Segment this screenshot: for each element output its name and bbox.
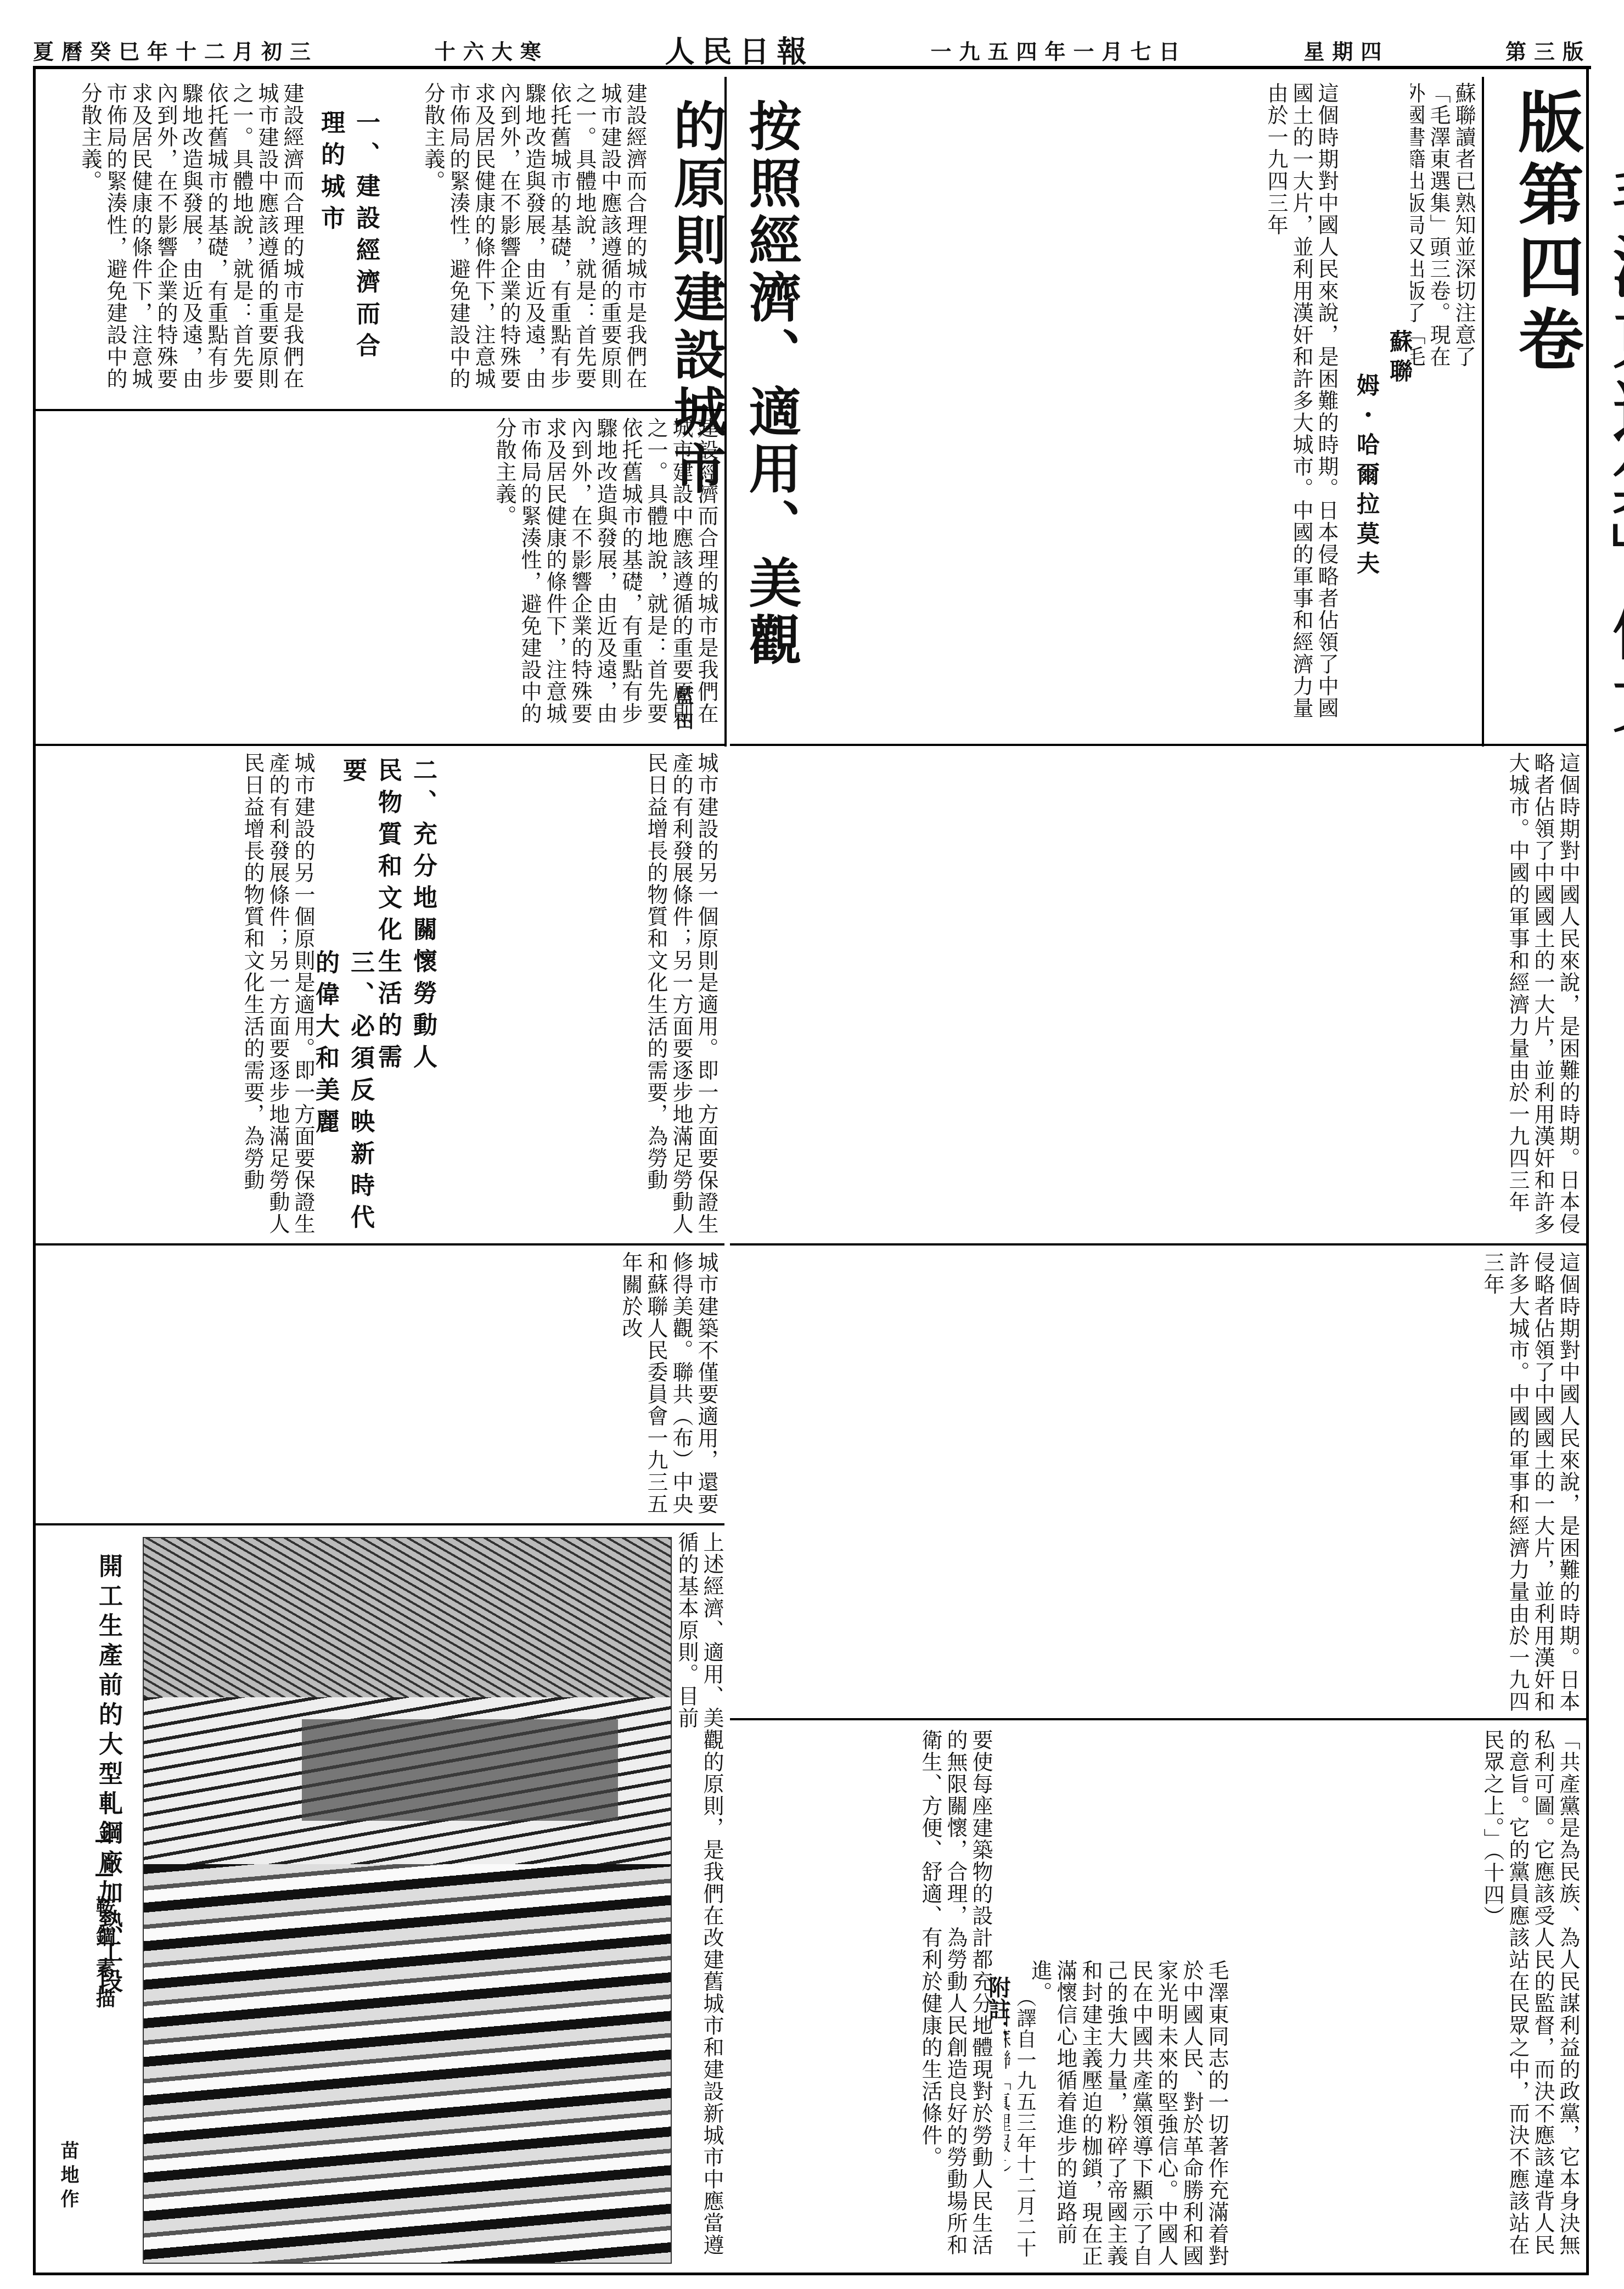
city-row-divider-4 (36, 1523, 724, 1525)
left-border-rule (33, 69, 36, 2275)
solar-term: 十六大寒 (435, 35, 549, 65)
bottom-border-rule (33, 2273, 1589, 2275)
factory-roof-trusses (144, 1538, 671, 1697)
article-lead: 蘇聯讀者已熟知並深切注意了「毛澤東選集」頭三卷。現在外國書籍出版局又出版了「毛澤… (1411, 82, 1476, 379)
section-heading-3: 三、必須反映新時代的偉大和美麗 (307, 950, 378, 1257)
section-3-body: 城市建築不僅要適用，還要修得美觀。聯共（布）中央和蘇聯人民委員會一九三五年關於改 (41, 1252, 719, 1521)
row-divider-1 (730, 744, 1586, 746)
row-divider-3 (730, 1718, 1586, 1720)
section-1-body: 建設經濟而合理的城市是我們在城市建設中應該遵循的重要原則之一。具體地說，就是：首… (41, 82, 305, 406)
city-row-divider-2 (36, 744, 724, 746)
steel-mill-illustration (143, 1537, 672, 2264)
article-body-lower: 這個時期對中國人民來說，是困難的時期。日本侵略者佔領了中國國土的一大片，並利用漢… (730, 1252, 1581, 1713)
section-heading-1: 一、建設經濟而合理的城市 (313, 110, 383, 395)
steel-ingot-rows (144, 1864, 671, 2263)
lunar-date: 夏曆癸巳年十二月初三 (33, 35, 318, 65)
section-2-body: 城市建設的另一個原則是適用。即一方面要保證生產的有利發展條件；另一方面要逐步地滿… (41, 752, 316, 1235)
quote-fourteen: 「共產黨是為民族、為人民謀利益的政黨，它本身決無私利可圖。它應該受人民的監督，而… (1235, 1729, 1581, 2256)
paper-name-logo: 人民日報 (665, 29, 814, 71)
article-body-middle: 這個時期對中國人民來說，是困難的時期。日本侵略者佔領了中國國土的一大片，並利用漢… (730, 752, 1581, 1235)
illustration-credit-label: ——鞍鋼素描 (91, 1828, 119, 2102)
weekday: 星期四 (1303, 35, 1389, 65)
row-divider-2 (730, 1243, 1586, 1246)
issue-date: 一九五四年一月七日 (930, 35, 1187, 65)
section-2-right-body: 城市建設的另一個原則是適用。即一方面要保證生產的有利發展條件；另一方面要逐步地滿… (384, 752, 719, 1235)
headline-mao-selected-works: 「毛澤東選集」俄文版第四卷 (1498, 88, 1624, 747)
illustration-artist: 苗地作 (55, 2141, 82, 2262)
page-number: 第三版 (1505, 35, 1591, 65)
translation-source: （譯自一九五三年十二月二十三日蘇聯「真理報」） (1004, 1987, 1037, 2273)
city-row-divider-3 (36, 1243, 724, 1246)
city-footer-text: 要使每座建築物的設計都充分地體現對於勞動人民生活的無限關懷，合理，為勞動人民創造… (730, 1729, 993, 2267)
city-row-divider-1 (36, 409, 724, 411)
city-intro: 建設經濟而合理的城市是我們在城市建設中應該遵循的重要原則之一。具體地說，就是：首… (362, 82, 648, 401)
masthead: 夏曆癸巳年十二月初三 十六大寒 人民日報 一九五四年一月七日 星期四 第三版 (33, 33, 1591, 69)
city-conclusion: 上述經濟、適用、美觀的原則，是我們在改建舊城市和建設新城市中應當遵循的基本原則。… (675, 1531, 724, 2262)
article-body-upper: 這個時期對中國人民來說，是困難的時期。日本侵略者佔領了中國國土的一大片，並利用漢… (834, 82, 1339, 730)
overhead-crane (302, 1719, 618, 1821)
byline-author: 姆・哈爾拉莫夫 (1350, 373, 1383, 703)
section-1-continued: 建設經濟而合理的城市是我們在城市建設中應該遵循的重要原則之一。具體地說，就是：首… (41, 417, 719, 736)
headline-divider (1482, 77, 1484, 747)
